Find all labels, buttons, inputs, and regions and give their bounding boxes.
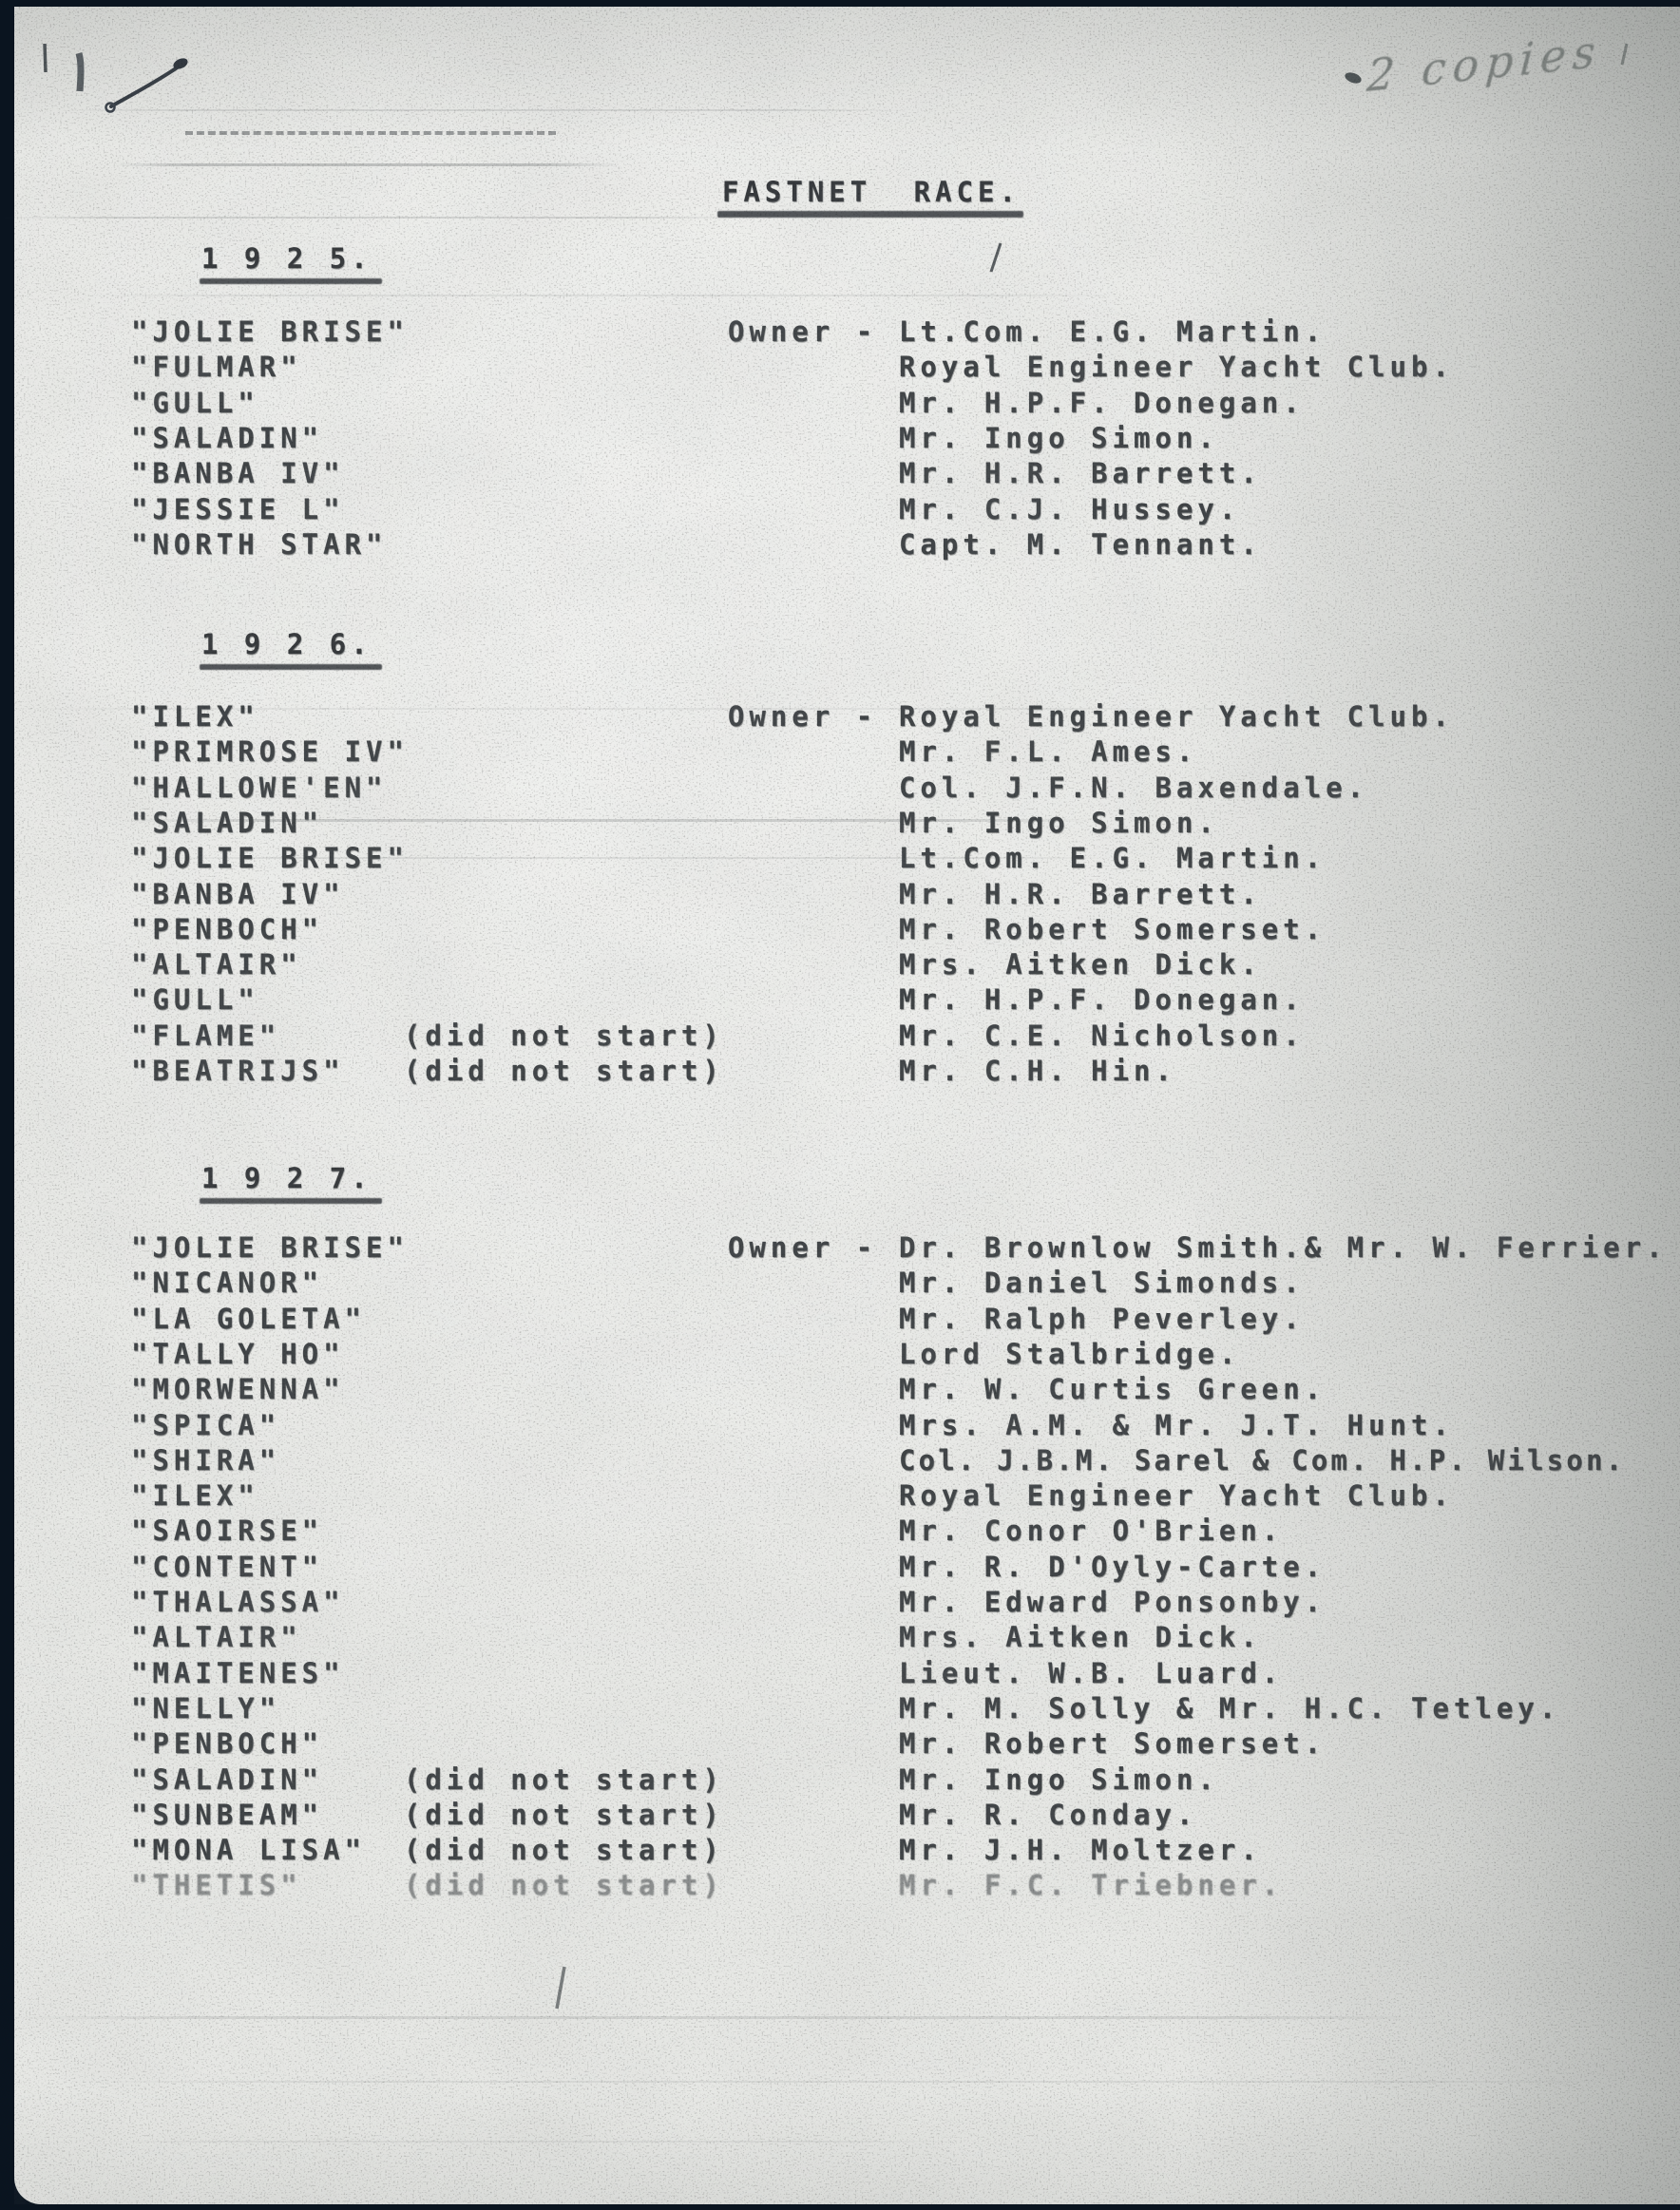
scanned-document: { "title": "FASTNET RACE.", "annotation"… xyxy=(0,0,1680,2210)
document-page xyxy=(14,7,1680,2204)
